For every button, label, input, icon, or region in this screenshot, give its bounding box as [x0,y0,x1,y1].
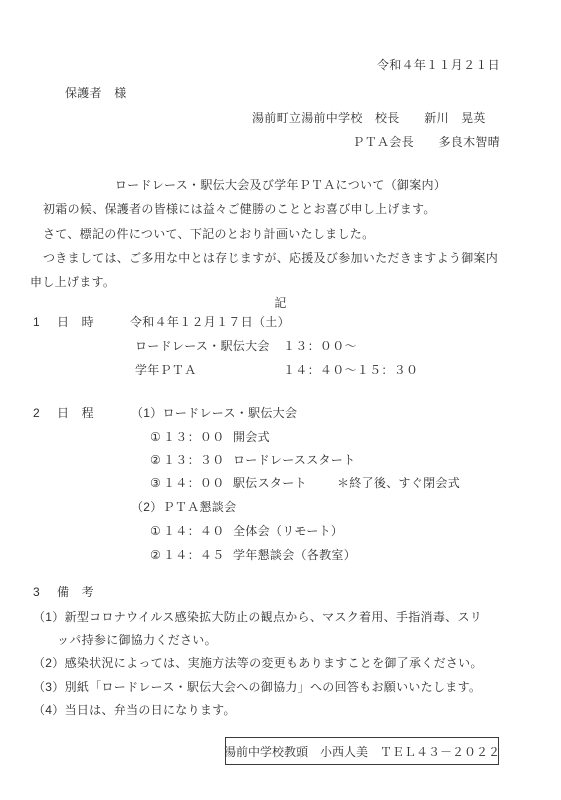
schedule-row-time: １３：００～ [283,338,357,354]
section2-label: 日 程 [57,405,94,421]
section3-label: 備 考 [57,584,94,600]
program-item-marker: ① [150,429,161,445]
program-item-time: １４：００ [163,475,225,491]
paragraph-notice: さて、標記の件について、下記のとおり計画いたしました。 [43,226,374,242]
paragraph-request-line1: つきましては、ご多用な中とは存じますが、応援及び参加いただきますよう御案内 [43,250,498,266]
letter-document-page: 令和４年１１月２１日 保護者 様 湯前町立湯前中学校 校長 新川 晃英 ＰＴＡ会… [0,0,561,800]
program-item-marker: ② [150,452,161,468]
program-item-desc: 開会式 [233,429,270,445]
contact-box: 湯前中学校教頭 小西人美 ＴＥＬ４３－２０２２ [225,737,499,765]
paragraph-request-line2: 申し上げます。 [30,274,115,290]
schedule-row-name: ロードレース・駅伝大会 [135,338,270,354]
contact-info: 湯前中学校教頭 小西人美 ＴＥＬ４３－２０２２ [224,743,500,760]
recipient-line: 保護者 様 [65,85,127,101]
program-item-desc: ロードレーススタート [233,452,355,468]
program-item-time: １４：４５ [163,547,225,563]
program-item-time: １４：４０ [163,523,225,539]
pta-chair-signature: ＰＴＡ会長 多良木智晴 [352,134,500,150]
paragraph-greeting: 初霜の候、保護者の皆様には益々ご健勝のこととお喜び申し上げます。 [43,201,436,217]
section1-number: 1 [33,314,40,330]
program-item-desc: 学年懇談会（各教室） [233,547,356,563]
remark-item-continuation: ッパ持参に御協力ください。 [57,632,217,648]
section1-label: 日 時 [57,314,94,330]
remark-item: （3）別紙「ロードレース・駅伝大会への御協力」への回答もお願いいたします。 [33,679,481,695]
schedule-row-name: 学年ＰＴＡ [135,362,197,378]
program-item-desc: 全体会（リモート） [233,523,343,539]
program-item-marker: ② [150,547,161,563]
section2-subheading-race: （1）ロードレース・駅伝大会 [131,405,297,421]
program-item-marker: ③ [150,475,161,491]
section2-subheading-pta: （2）ＰＴＡ懇談会 [131,499,236,515]
section2-number: 2 [33,405,40,421]
remark-item: （4）当日は、弁当の日になります。 [33,702,236,718]
ki-marker: 記 [0,295,561,311]
program-item-time: １３：３０ [163,452,225,468]
section1-event-date: 令和４年１２月１７日（土） [130,314,290,330]
remark-item: （2）感染状況によっては、実施方法等の変更もありますことを御了承ください。 [33,655,483,671]
program-item-note: ＊終了後、すぐ閉会式 [337,475,460,491]
section3-number: 3 [33,584,40,600]
program-item-time: １３：００ [163,429,225,445]
document-date: 令和４年１１月２１日 [377,57,500,73]
remark-item: （1）新型コロナウイルス感染拡大防止の観点から、マスク着用、手指消毒、スリ [33,609,482,625]
program-item-marker: ① [150,523,161,539]
principal-signature: 湯前町立湯前中学校 校長 新川 晃英 [252,110,486,126]
schedule-row-time: １４：４０～１５：３０ [283,362,418,378]
program-item-desc: 駅伝スタート [233,475,307,491]
document-title: ロードレース・駅伝大会及び学年ＰＴＡについて（御案内） [0,177,561,193]
